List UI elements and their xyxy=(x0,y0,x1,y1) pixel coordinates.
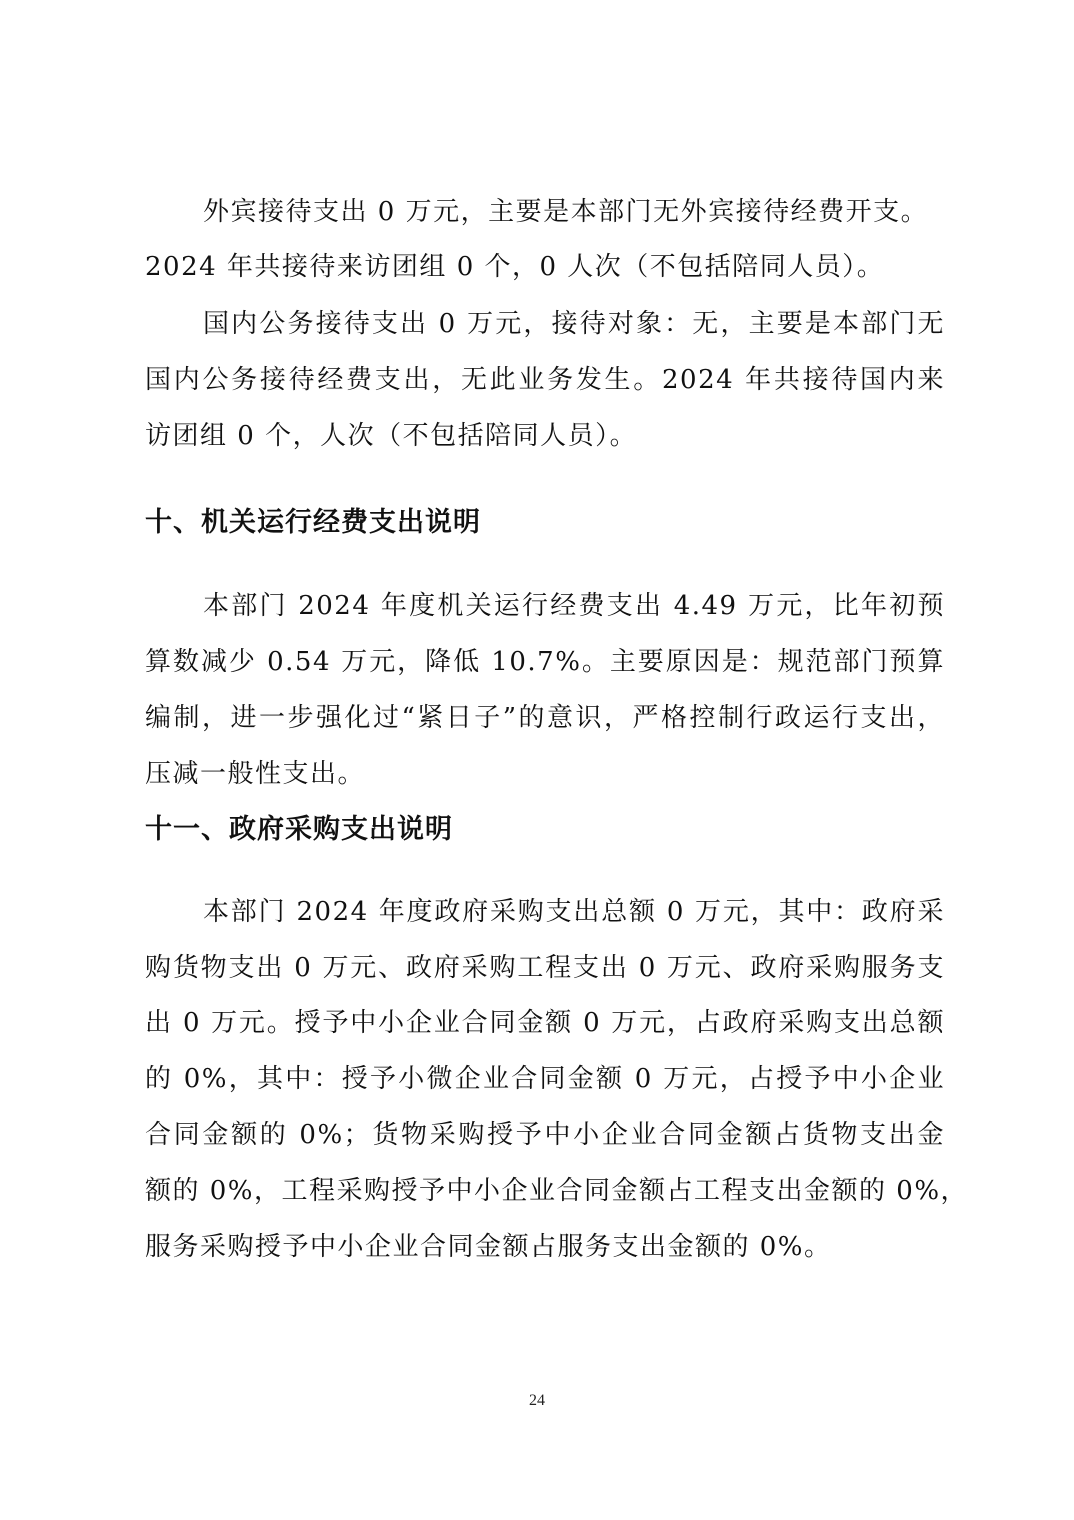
section-heading: 十、机关运行经费支出说明 xyxy=(145,505,481,541)
paragraph-line: 服务采购授予中小企业合同金额占服务支出金额的 0%。 xyxy=(145,1230,945,1264)
document-page: 外宾接待支出 0 万元，主要是本部门无外宾接待经费开支。 2024 年共接待来访… xyxy=(0,0,1074,1520)
section-heading: 十一、政府采购支出说明 xyxy=(145,812,453,848)
paragraph-line: 外宾接待支出 0 万元，主要是本部门无外宾接待经费开支。 xyxy=(203,195,945,229)
paragraph-line: 国内公务接待经费支出，无此业务发生。2024 年共接待国内来 xyxy=(145,363,945,397)
paragraph-line: 购货物支出 0 万元、政府采购工程支出 0 万元、政府采购服务支 xyxy=(145,951,945,985)
paragraph-line: 编制，进一步强化过“紧日子”的意识，严格控制行政运行支出， xyxy=(145,701,945,735)
paragraph-line: 额的 0%，工程采购授予中小企业合同金额占工程支出金额的 0%， xyxy=(145,1174,945,1208)
paragraph-line: 压减一般性支出。 xyxy=(145,757,945,791)
paragraph-line: 本部门 2024 年度机关运行经费支出 4.49 万元，比年初预 xyxy=(203,589,945,623)
paragraph-line: 访团组 0 个，人次（不包括陪同人员）。 xyxy=(145,419,945,453)
paragraph-line: 的 0%，其中：授予小微企业合同金额 0 万元，占授予中小企业 xyxy=(145,1062,945,1096)
paragraph-line: 国内公务接待支出 0 万元，接待对象：无，主要是本部门无 xyxy=(203,307,945,341)
paragraph-line: 算数减少 0.54 万元，降低 10.7%。主要原因是：规范部门预算 xyxy=(145,645,945,679)
paragraph-line: 本部门 2024 年度政府采购支出总额 0 万元，其中：政府采 xyxy=(203,895,945,929)
page-number: 24 xyxy=(0,1391,1074,1411)
paragraph-line: 合同金额的 0%；货物采购授予中小企业合同金额占货物支出金 xyxy=(145,1118,945,1152)
paragraph-line: 2024 年共接待来访团组 0 个，0 人次（不包括陪同人员）。 xyxy=(145,250,945,284)
paragraph-line: 出 0 万元。授予中小企业合同金额 0 万元，占政府采购支出总额 xyxy=(145,1006,945,1040)
